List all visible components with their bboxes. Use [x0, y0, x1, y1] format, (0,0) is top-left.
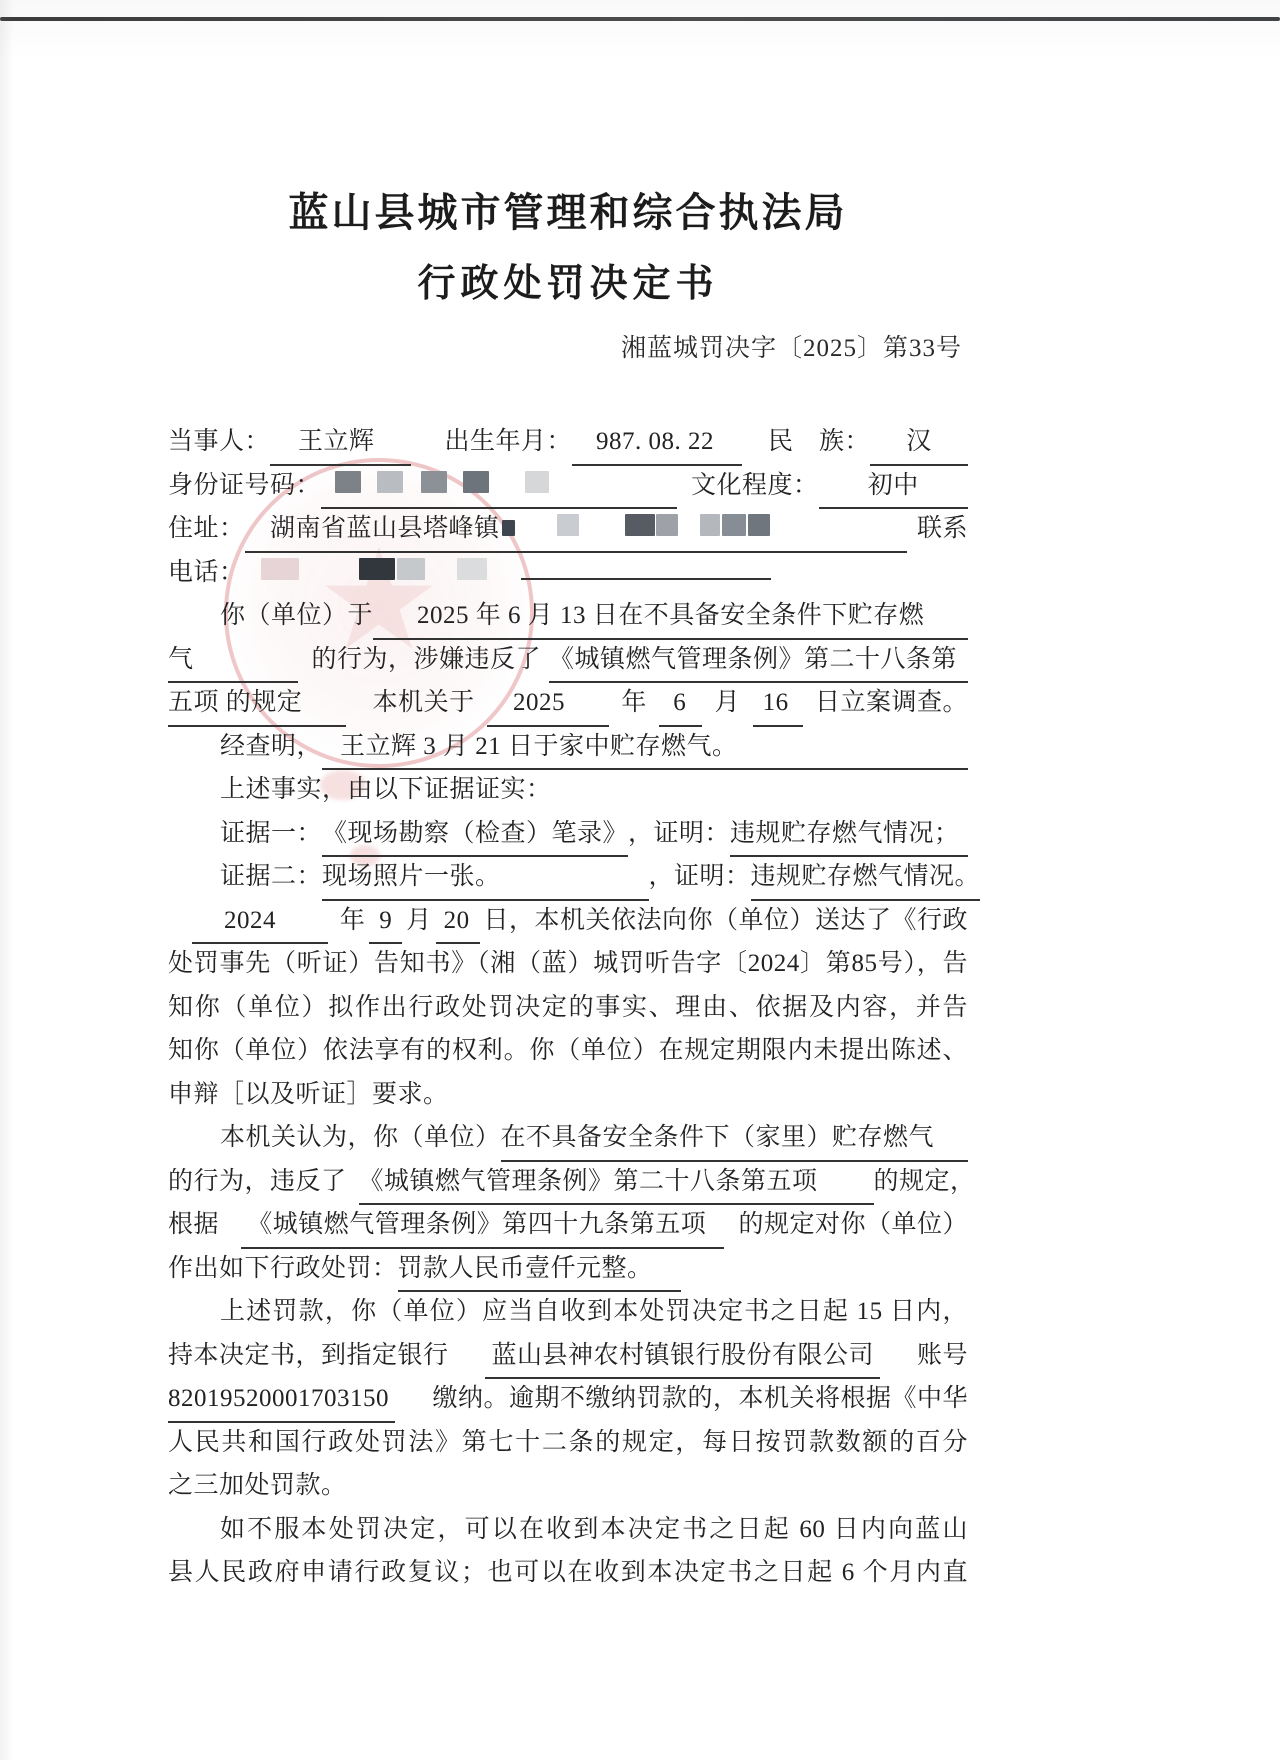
text-segment: 汉 [870, 420, 968, 466]
field-address-row: 住址： 湖南省蓝山县塔峰镇联系 [168, 507, 968, 551]
redaction-block [359, 558, 395, 580]
body-line: 知你（单位）依法享有的权利。你（单位）在规定期限内未提出陈述、 [168, 1029, 968, 1073]
text-segment: 本机关于 [373, 681, 475, 725]
body-line: 2024年9月20日，本机关依法向你（单位）送达了《行政 [168, 899, 968, 943]
text-segment: 当事人： [168, 420, 270, 464]
document-number: 湘蓝城罚决字〔2025〕第33号 [168, 332, 968, 366]
text-segment: 《现场勘察（检查）笔录》 [322, 812, 628, 858]
penalty-decision-line: 作出如下行政处罚：罚款人民币壹仟元整。 [168, 1247, 968, 1291]
redaction-block [748, 514, 770, 536]
body-line: 知你（单位）拟作出行政处罚决定的事实、理由、依据及内容，并告 [168, 986, 968, 1030]
text-segment: 《城镇燃气管理条例》第四十九条第五项 [241, 1203, 724, 1249]
text-segment: 2024 [192, 899, 328, 945]
penalty-decision-document: 蓝山县城市管理和综合执法局 行政处罚决定书 湘蓝城罚决字〔2025〕第33号 当… [168, 0, 968, 1595]
text-segment: 的行为，违反了 [168, 1160, 347, 1204]
body-line: 处罚事先（听证）告知书》（湘（蓝）城罚听告字〔2024〕第85号），告 [168, 942, 968, 986]
redaction-block [656, 514, 678, 536]
text-segment: 出生年月： [445, 420, 573, 464]
redaction-block [525, 471, 549, 493]
redaction-block [625, 514, 655, 536]
text-segment: 王立辉 [270, 420, 411, 466]
text-segment: 6 [659, 681, 702, 727]
text-segment: 身份证号码： [168, 464, 321, 508]
redaction-block [700, 514, 720, 536]
text-segment: 20 [436, 899, 480, 945]
agency-title: 蓝山县城市管理和综合执法局 [168, 188, 968, 238]
body-line: 上述罚款，你（单位）应当自收到本处罚决定书之日起 15 日内， [168, 1290, 968, 1334]
text-segment: 《城镇燃气管理条例》第二十八条第 [549, 638, 968, 684]
bank-line: 持本决定书，到指定银行蓝山县神农村镇银行股份有限公司账号 [168, 1334, 968, 1378]
body-line: 上述事实，由以下证据证实： [168, 768, 968, 812]
text-segment: 本机关认为，你（单位） [220, 1116, 501, 1160]
text-segment: 持本决定书，到指定银行 [168, 1334, 449, 1378]
field-phone-row: 电话： [168, 551, 968, 595]
text-segment: 2025 [487, 681, 609, 727]
body-line: 你（单位）于2025 年 6 月 13 日在不具备安全条件下贮存燃 [168, 594, 968, 638]
text-segment: ，证明： [628, 812, 730, 856]
text-segment: 日，本机关依法向你（单位）送达了《行政 [483, 899, 968, 943]
evidence-line-1: 证据一：《现场勘察（检查）笔录》，证明：违规贮存燃气情况； [168, 812, 968, 856]
redaction-block [335, 471, 361, 493]
body-line: 经查明，王立辉 3 月 21 日于家中贮存燃气。 [168, 725, 968, 769]
text-segment: 罚款人民币壹仟元整。 [398, 1247, 681, 1293]
body-line: 本机关认为，你（单位）在不具备安全条件下（家里）贮存燃气 [168, 1116, 968, 1160]
document-type-title: 行政处罚决定书 [168, 260, 968, 308]
text-segment: 《城镇燃气管理条例》第二十八条第五项 [359, 1160, 874, 1206]
account-line: 82019520001703150缴纳。逾期不缴纳罚款的，本机关将根据《中华 [168, 1377, 968, 1421]
text-segment: 2025 年 6 月 13 日在不具备安全条件下贮存燃 [373, 594, 968, 640]
document-body: 当事人：王立辉出生年月：987. 08. 22民 族：汉身份证号码：文化程度：初… [168, 420, 968, 1595]
text-segment: 蓝山县神农村镇银行股份有限公司 [485, 1334, 880, 1380]
text-segment: 违规贮存燃气情况； [730, 812, 968, 858]
redacted-text [245, 551, 487, 595]
body-line: 五项 的规定本机关于2025年6月16日立案调查。 [168, 681, 968, 725]
redaction-block [722, 514, 746, 536]
body-line: 气的行为，涉嫌违反了《城镇燃气管理条例》第二十八条第 [168, 638, 968, 682]
text-segment: 作出如下行政处罚： [168, 1247, 398, 1291]
redaction-block [502, 520, 515, 536]
text-segment: 的规定对你（单位） [738, 1203, 968, 1247]
text-segment: 你（单位）于 [220, 594, 373, 638]
body-line: 如不服本处罚决定，可以在收到本决定书之日起 60 日内向蓝山 [168, 1508, 968, 1552]
body-line: 申辩［以及听证］要求。 [168, 1073, 968, 1117]
text-segment: 联系 [917, 507, 968, 551]
text-segment: 日立案调查。 [815, 681, 968, 725]
text-segment: 民 族： [768, 420, 870, 464]
redaction-block [261, 558, 299, 580]
field-party-row: 当事人：王立辉出生年月：987. 08. 22民 族：汉 [168, 420, 968, 464]
text-segment: 违规贮存燃气情况。 [751, 855, 981, 901]
text-segment: 年 [340, 899, 366, 943]
text-segment: 16 [753, 681, 803, 727]
redaction-block [457, 558, 487, 580]
text-segment: 初中 [819, 464, 968, 510]
body-line: 根据《城镇燃气管理条例》第四十九条第五项的规定对你（单位） [168, 1203, 968, 1247]
redaction-block [397, 558, 425, 580]
text-segment: 住址： [168, 507, 245, 551]
text-segment: 电话： [168, 551, 245, 595]
text-segment: 气 [168, 638, 298, 684]
text-segment: 王立辉 3 月 21 日于家中贮存燃气。 [322, 725, 968, 771]
field-id-row: 身份证号码：文化程度：初中 [168, 464, 968, 508]
redacted-text: 湖南省蓝山县塔峰镇 [245, 507, 907, 553]
redaction-block [377, 471, 403, 493]
body-line: 县人民政府申请行政复议；也可以在收到本决定书之日起 6 个月内直 [168, 1551, 968, 1595]
redaction-block [463, 471, 489, 493]
redaction-block [421, 471, 447, 493]
text-segment: 在不具备安全条件下（家里）贮存燃气 [501, 1116, 968, 1162]
text-segment: 现场照片一张。 [322, 855, 649, 901]
text-segment: 的行为，涉嫌违反了 [312, 638, 542, 682]
text-segment: ，证明： [649, 855, 751, 899]
text-segment: 的规定， [874, 1160, 976, 1204]
text-segment: 五项 的规定 [168, 681, 346, 727]
evidence-line-2: 证据二：现场照片一张。，证明：违规贮存燃气情况。 [168, 855, 968, 899]
body-line: 的行为，违反了《城镇燃气管理条例》第二十八条第五项的规定， [168, 1160, 968, 1204]
text-segment: 987. 08. 22 [572, 420, 742, 466]
text-segment: 82019520001703150 [168, 1377, 395, 1423]
text-segment: 9 [369, 899, 402, 945]
text-segment: 年 [621, 681, 647, 725]
text-segment [521, 578, 771, 580]
text-segment: 证据二： [220, 855, 322, 899]
body-line: 之三加处罚款。 [168, 1464, 968, 1508]
text-segment: 缴纳。逾期不缴纳罚款的，本机关将根据《中华 [432, 1377, 968, 1421]
text-segment: 证据一： [220, 812, 322, 856]
text-segment: 账号 [917, 1334, 968, 1378]
body-line: 人民共和国行政处罚法》第七十二条的规定，每日按罚款数额的百分 [168, 1421, 968, 1465]
text-segment: 根据 [168, 1203, 219, 1247]
text-segment: 经查明， [220, 725, 322, 769]
redacted-text [321, 464, 677, 510]
text-segment: 月 [406, 899, 432, 943]
text-segment: 月 [715, 681, 741, 725]
redaction-block [557, 514, 579, 536]
text-segment: 文化程度： [691, 464, 819, 508]
